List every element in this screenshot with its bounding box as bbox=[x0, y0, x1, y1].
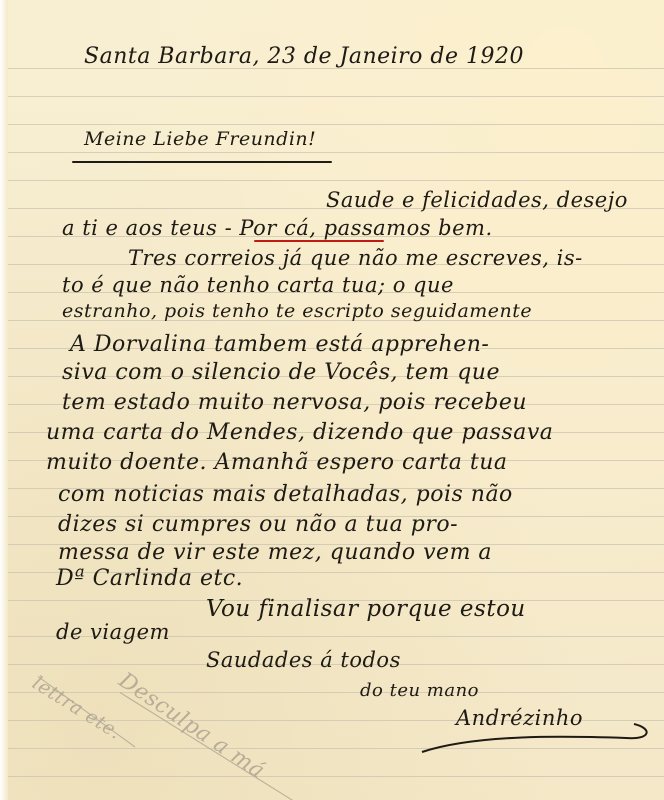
letter-line: A Dorvalina tambem está apprehen- bbox=[70, 332, 489, 357]
letter-line: Tres correios já que não me escreves, is… bbox=[128, 246, 583, 270]
margin-note: lettra ete. bbox=[28, 672, 125, 744]
ruled-line bbox=[8, 96, 664, 97]
letter-page: Santa Barbara, 23 de Janeiro de 1920 Mei… bbox=[0, 0, 664, 800]
letter-line: tem estado muito nervosa, pois recebeu bbox=[62, 390, 527, 415]
letter-line: Vou finalisar porque estou bbox=[206, 596, 526, 622]
letter-line: siva com o silencio de Vocês, tem que bbox=[62, 360, 500, 385]
letter-line: Saude e felicidades, desejo bbox=[326, 188, 628, 212]
ruled-line bbox=[8, 692, 664, 693]
ruled-line bbox=[8, 776, 664, 777]
letter-line: dizes si cumpres ou não a tua pro- bbox=[58, 512, 458, 537]
salutation: Meine Liebe Freundin! bbox=[84, 128, 316, 150]
ruled-line bbox=[8, 152, 664, 153]
letter-line: messa de vir este mez, quando vem a bbox=[58, 540, 492, 565]
letter-line: uma carta do Mendes, dizendo que passava bbox=[46, 420, 553, 445]
letter-line: com noticias mais detalhadas, pois não bbox=[58, 482, 513, 507]
margin-note: Desculpa a má bbox=[114, 668, 269, 784]
paper-edge bbox=[0, 0, 8, 800]
letter-line: muito doente. Amanhã espero carta tua bbox=[46, 450, 508, 475]
signature-flourish bbox=[416, 722, 656, 762]
place-date: Santa Barbara, 23 de Janeiro de 1920 bbox=[84, 44, 524, 69]
ruled-line bbox=[8, 124, 664, 125]
letter-line: de viagem bbox=[56, 620, 170, 644]
red-underline bbox=[254, 240, 384, 242]
letter-line: to é que não tenho carta tua; o que bbox=[62, 273, 454, 297]
letter-line: a ti e aos teus - Por cá, passamos bem. bbox=[62, 216, 493, 240]
closing-phrase: do teu mano bbox=[360, 680, 479, 701]
salutation-underline bbox=[72, 161, 332, 163]
letter-line: Dª Carlinda etc. bbox=[56, 566, 243, 591]
letter-line: estranho, pois tenho te escripto seguida… bbox=[62, 300, 532, 322]
ruled-line bbox=[8, 180, 664, 181]
closing-greeting: Saudades á todos bbox=[206, 648, 401, 672]
